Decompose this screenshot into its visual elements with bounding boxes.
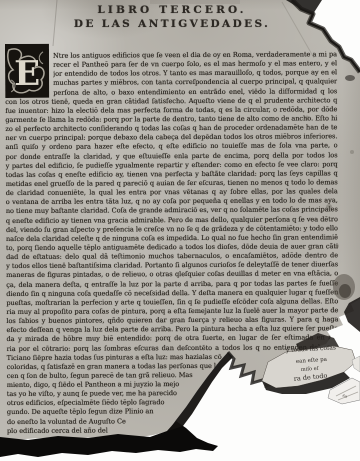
body-text-line: ria por el cōtrario: porq las ſombras eſ… bbox=[7, 343, 339, 354]
page-title-line-2: DE LAS ANTIGVEDADES. bbox=[0, 18, 344, 30]
book-page-photo: LIBRO TERCERO. DE LAS ANTIGVEDADES. E Nt… bbox=[0, 0, 360, 461]
body-text: E Ntre los antiguos edificios que ſe vee… bbox=[5, 50, 339, 436]
page-title-line-1: LIBRO TERCERO. bbox=[0, 4, 344, 16]
body-text-line: plo edificado cerca del año del bbox=[7, 425, 339, 436]
drop-cap-woodcut: E bbox=[5, 44, 51, 89]
drop-cap-ornament: E bbox=[5, 44, 49, 98]
drop-cap-letter: E bbox=[14, 54, 40, 94]
body-lines: Ntre los antiguos edificios que ſe veen … bbox=[5, 50, 339, 436]
